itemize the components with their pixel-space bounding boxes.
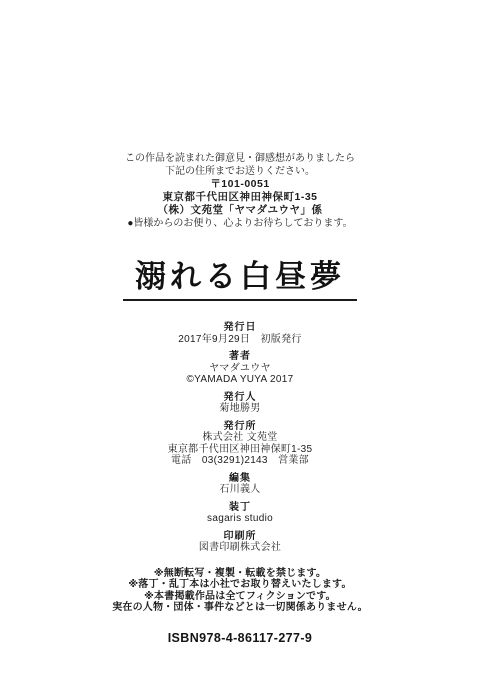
section-label: 発行所 xyxy=(0,421,480,433)
editor-name: 石川義人 xyxy=(0,484,480,496)
reader-feedback-notice: この作品を読まれた御意見・御感想がありましたら 下記の住所までお送りください。 … xyxy=(0,152,480,230)
section-printer: 印刷所 図書印刷株式会社 xyxy=(0,531,480,554)
feedback-line: この作品を読まれた御意見・御感想がありましたら xyxy=(0,152,480,165)
section-label: 発行日 xyxy=(0,322,480,334)
section-label: 印刷所 xyxy=(0,531,480,543)
disclaimer-line: ※本書掲載作品は全てフィクションです。 xyxy=(0,591,480,603)
book-title: 溺れる白昼夢 xyxy=(123,260,357,301)
mail-recipient: （株）文苑堂「ヤマダユウヤ」係 xyxy=(0,204,480,217)
disclaimer-line: ※落丁・乱丁本は小社でお取り替えいたします。 xyxy=(0,579,480,591)
publishing-house-address: 東京都千代田区神田神保町1-35 xyxy=(0,444,480,456)
copyright-line: ©YAMADA YUYA 2017 xyxy=(0,374,480,386)
section-label: 著者 xyxy=(0,351,480,363)
section-design: 装丁 sagaris studio xyxy=(0,502,480,525)
author-name: ヤマダユウヤ xyxy=(0,363,480,375)
section-publishing-house: 発行所 株式会社 文苑堂 東京都千代田区神田神保町1-35 電話 03(3291… xyxy=(0,421,480,467)
section-publisher-person: 発行人 菊地勝男 xyxy=(0,392,480,415)
feedback-line: 下記の住所までお送りください。 xyxy=(0,165,480,178)
publishing-house-phone: 電話 03(3291)2143 営業部 xyxy=(0,455,480,467)
section-label: 編集 xyxy=(0,473,480,485)
section-author: 著者 ヤマダユウヤ ©YAMADA YUYA 2017 xyxy=(0,351,480,386)
publisher-address: 東京都千代田区神田神保町1-35 xyxy=(0,191,480,204)
isbn-number: ISBN978-4-86117-277-9 xyxy=(0,631,480,645)
postal-code: 〒101-0051 xyxy=(0,178,480,191)
printer-name: 図書印刷株式会社 xyxy=(0,542,480,554)
title-row: 溺れる白昼夢 xyxy=(0,230,480,322)
feedback-line: ●皆様からのお便り、心よりお待ちしております。 xyxy=(0,217,480,230)
colophon-page: この作品を読まれた御意見・御感想がありましたら 下記の住所までお送りください。 … xyxy=(0,0,480,685)
section-label: 装丁 xyxy=(0,502,480,514)
disclaimer-block: ※無断転写・複製・転載を禁じます。 ※落丁・乱丁本は小社でお取り替えいたします。… xyxy=(0,568,480,614)
disclaimer-line: ※無断転写・複製・転載を禁じます。 xyxy=(0,568,480,580)
section-publication-date: 発行日 2017年9月29日 初版発行 xyxy=(0,322,480,345)
publisher-person-name: 菊地勝男 xyxy=(0,403,480,415)
section-label: 発行人 xyxy=(0,392,480,404)
disclaimer-line: 実在の人物・団体・事件などとは一切関係ありません。 xyxy=(0,602,480,614)
publication-date: 2017年9月29日 初版発行 xyxy=(0,334,480,346)
publishing-house-name: 株式会社 文苑堂 xyxy=(0,432,480,444)
section-editor: 編集 石川義人 xyxy=(0,473,480,496)
design-studio-name: sagaris studio xyxy=(0,513,480,525)
